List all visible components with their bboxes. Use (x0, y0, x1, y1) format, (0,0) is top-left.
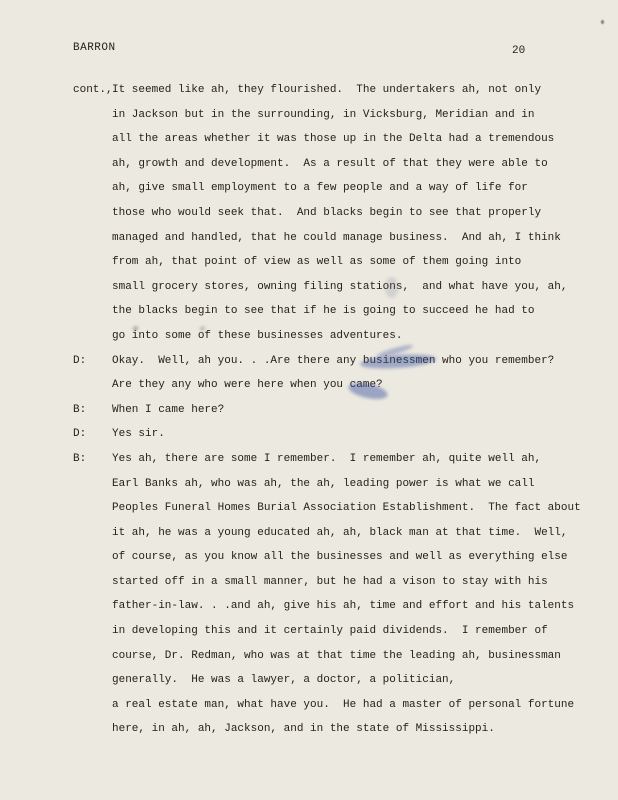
transcript-line: Peoples Funeral Homes Burial Association… (112, 496, 581, 521)
speaker-label: D: (73, 349, 112, 374)
transcript-line: Earl Banks ah, who was ah, the ah, leadi… (112, 472, 581, 497)
transcript-line: all the areas whether it was those up in… (112, 127, 567, 152)
transcript-line: Yes ah, there are some I remember. I rem… (112, 447, 581, 472)
transcript-line: Okay. Well, ah you. . .Are there any bus… (112, 349, 554, 374)
transcript-line: in Jackson but in the surrounding, in Vi… (112, 103, 567, 128)
page-number: 20 (512, 45, 525, 57)
transcript-entry: B:Yes ah, there are some I remember. I r… (73, 447, 603, 742)
speaker-label: cont., (73, 78, 112, 103)
speaker-label: D: (73, 422, 112, 447)
paper-speck (601, 20, 604, 24)
transcript-line: of course, as you know all the businesse… (112, 545, 581, 570)
entry-lines: When I came here? (112, 398, 224, 423)
entry-lines: Yes sir. (112, 422, 165, 447)
entry-lines: It seemed like ah, they flourished. The … (112, 78, 567, 349)
transcript-line: from ah, that point of view as well as s… (112, 250, 567, 275)
transcript-line: started off in a small manner, but he ha… (112, 570, 581, 595)
transcript-entry: cont.,It seemed like ah, they flourished… (73, 78, 603, 349)
transcript-line: small grocery stores, owning filing stat… (112, 275, 567, 300)
transcript-line: in developing this and it certainly paid… (112, 619, 581, 644)
entry-lines: Okay. Well, ah you. . .Are there any bus… (112, 349, 554, 398)
transcript-line: It seemed like ah, they flourished. The … (112, 78, 567, 103)
transcript-line: here, in ah, ah, Jackson, and in the sta… (112, 717, 581, 742)
transcript-entry: D:Okay. Well, ah you. . .Are there any b… (73, 349, 603, 398)
transcript-line: father-in-law. . .and ah, give his ah, t… (112, 594, 581, 619)
transcript-line: Yes sir. (112, 422, 165, 447)
transcript-page: BARRON 20 cont.,It seemed like ah, they … (0, 0, 618, 800)
transcript-line: it ah, he was a young educated ah, ah, b… (112, 521, 581, 546)
transcript-entry: B:When I came here? (73, 398, 603, 423)
transcript-line: a real estate man, what have you. He had… (112, 693, 581, 718)
transcript-line: ah, growth and development. As a result … (112, 152, 567, 177)
transcript-line: ah, give small employment to a few peopl… (112, 176, 567, 201)
speaker-label: B: (73, 447, 112, 472)
entry-lines: Yes ah, there are some I remember. I rem… (112, 447, 581, 742)
transcript-entry: D:Yes sir. (73, 422, 603, 447)
speaker-label: B: (73, 398, 112, 423)
transcript-line: the blacks begin to see that if he is go… (112, 299, 567, 324)
transcript-line: generally. He was a lawyer, a doctor, a … (112, 668, 581, 693)
transcript-line: When I came here? (112, 398, 224, 423)
transcript-body: cont.,It seemed like ah, they flourished… (73, 78, 603, 742)
transcript-line: those who would seek that. And blacks be… (112, 201, 567, 226)
transcript-line: course, Dr. Redman, who was at that time… (112, 644, 581, 669)
transcript-line: go into some of these businesses adventu… (112, 324, 567, 349)
header-speaker-name: BARRON (73, 42, 116, 54)
transcript-line: managed and handled, that he could manag… (112, 226, 567, 251)
transcript-line: Are they any who were here when you came… (112, 373, 554, 398)
